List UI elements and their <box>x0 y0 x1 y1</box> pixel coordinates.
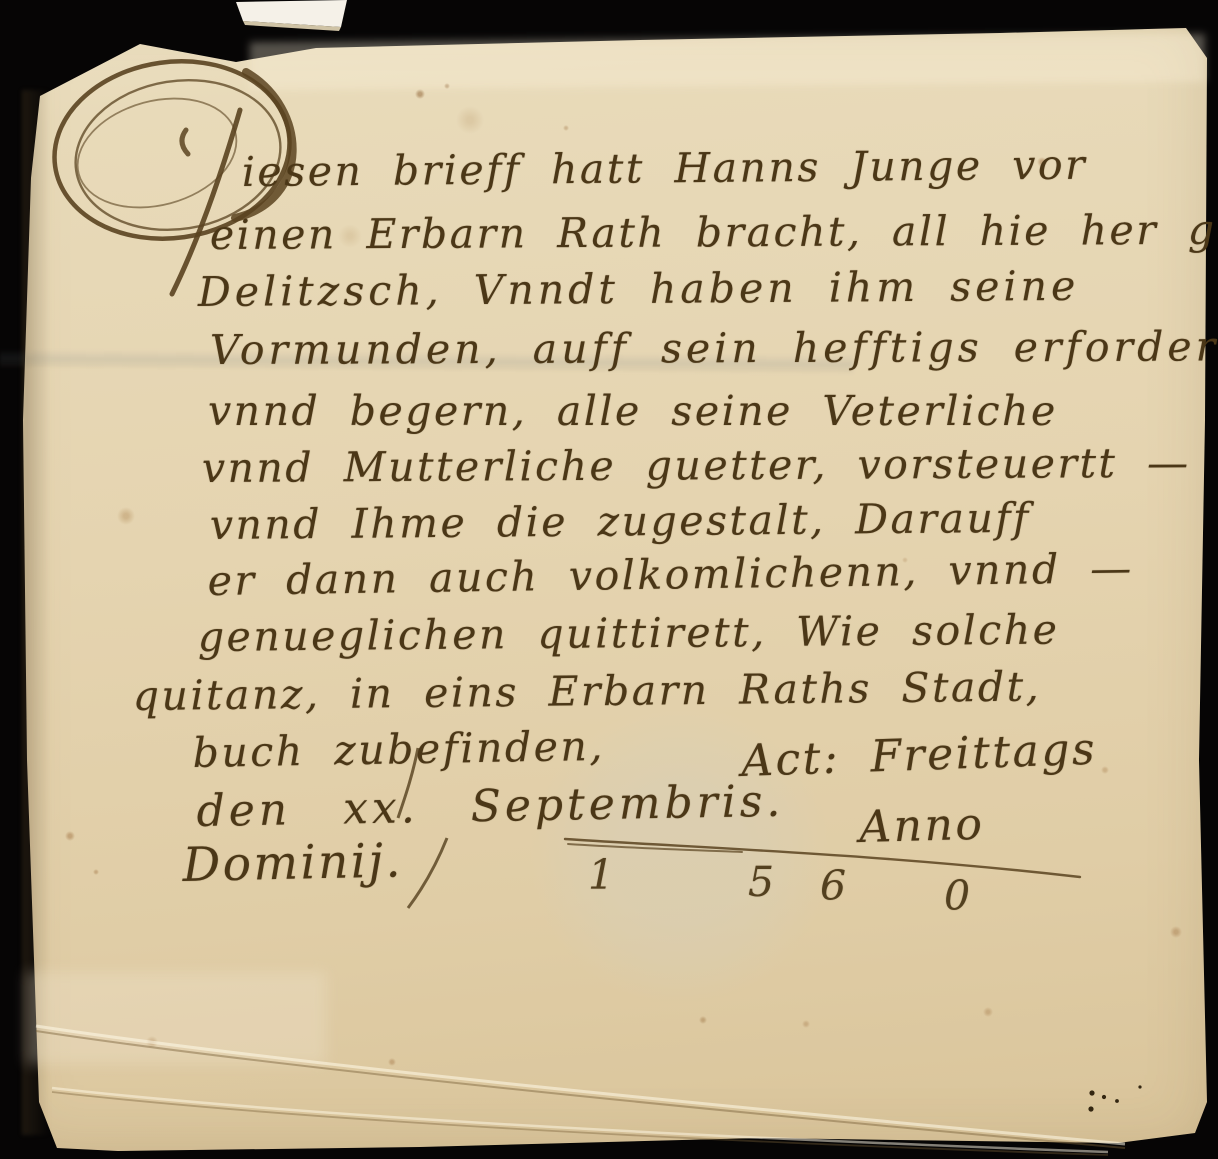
manuscript-line: den xx. Septembris. <box>196 780 784 834</box>
adjacent-sheet-corner <box>236 0 347 31</box>
manuscript-line: vnnd Mutterliche guetter, vorsteuertt — <box>202 443 1191 489</box>
letter-photo: D iesen brieff hatt Hanns Junge vor eine… <box>0 0 1218 1159</box>
worn-pale-patch <box>26 972 326 1064</box>
year-digit: 1 <box>588 855 614 896</box>
manuscript-line: quitanz, in eins Erbarn Raths Stadt, <box>133 666 1042 717</box>
manuscript-line: er dann auch volkomlichenn, vnnd — <box>207 548 1134 602</box>
manuscript-line: iesen brieff hatt Hanns Junge vor <box>242 145 1088 193</box>
manuscript-line: Delitzsch, Vnndt haben ihm seine <box>198 266 1080 313</box>
manuscript-line: einen Erbarn Rath bracht, all hie her ge… <box>210 209 1218 256</box>
year-digit: 6 <box>820 866 846 907</box>
top-edge-sheen <box>250 34 1205 90</box>
manuscript-line: Dominij. <box>182 837 403 889</box>
manuscript-line: Act: Freittags <box>740 728 1097 784</box>
year-digit: 0 <box>944 876 970 917</box>
manuscript-line: Anno <box>859 803 985 850</box>
manuscript-line: vnnd Ihme die zugestalt, Darauff <box>210 498 1031 546</box>
manuscript-line: genueglichen quittirett, Wie solche <box>198 609 1060 658</box>
manuscript-line: Vormunden, auff sein hefftigs erfordern, <box>210 326 1218 371</box>
year-digit: 5 <box>748 862 774 903</box>
manuscript-line: vnnd begern, alle seine Veterliche <box>208 391 1058 432</box>
manuscript-line: buch zubefinden, <box>192 726 605 774</box>
